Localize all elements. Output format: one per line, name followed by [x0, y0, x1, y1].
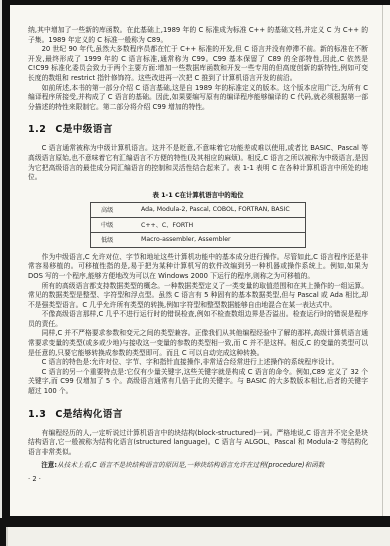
- note-paragraph: 注意:从技术上看,C 语言不是块结构语言的原因是,一种块结构语言允许在过程(pr…: [28, 461, 368, 471]
- paragraph: 同样,C 并不严格要求参数和变元之间的类型兼容。正像我们从其他编程经验中了解的那…: [28, 329, 368, 358]
- section-title: C是结构化语言: [55, 409, 122, 420]
- section-number: 1.3: [28, 409, 46, 420]
- paragraph-continuation: 纳,其中增加了一些新的库函数。在此基础上,1989 年的 C 标准成为标准 C+…: [28, 26, 368, 45]
- section-title: C是中级语言: [55, 124, 112, 135]
- table-cell-languages: Macro-assembler, Assembler: [137, 232, 306, 247]
- section-heading-1-2: 1.2C是中级语言: [28, 121, 368, 135]
- note-label: 注意:: [41, 461, 57, 469]
- table-cell-languages: Ada, Modula-2, Pascal, COBOL, FORTRAN, B…: [137, 202, 306, 217]
- page-number: · 2 ·: [28, 475, 368, 483]
- book-page: 纳,其中增加了一些新的库函数。在此基础上,1989 年的 C 标准成为标准 C+…: [10, 5, 390, 516]
- table-caption: 表 1-1 C在计算机语言中的地位: [28, 190, 368, 199]
- table-row: 中级 C++、C、FORTH: [91, 217, 306, 232]
- next-page-edge: [6, 527, 390, 546]
- table-row: 低级 Macro-assembler, Assembler: [91, 232, 306, 247]
- note-text: 从技术上看,C 语言不是块结构语言的原因是,一种块结构语言允许在过程(proce…: [57, 461, 324, 469]
- paragraph: 如前所述,本书的第一部分介绍 C 语言基础,这是自 1989 年的标准定义的版本…: [28, 84, 368, 113]
- paragraph: 有编程经历的人,一定听说过计算机语言中的块结构(block-structured…: [28, 429, 368, 458]
- table-cell-level: 低级: [91, 232, 138, 247]
- scan-edge-strip: [0, 0, 2, 518]
- paragraph: C 语言的另一个重要特点是:它仅有少量关键字,这些关键字就是构成 C 语言的命令…: [28, 368, 368, 397]
- table-cell-level: 中级: [91, 217, 138, 232]
- table-cell-languages: C++、C、FORTH: [137, 217, 306, 232]
- paragraph: 所有的高级语言都支持数据类型的概念。一种数据类型定义了一类变量的取值范围和在其上…: [28, 282, 368, 311]
- paragraph: 作为中级语言,C 允许对位、字节和地址这些计算机功能中的基本成分进行操作。尽管如…: [28, 253, 368, 282]
- table-cell-level: 高级: [91, 202, 138, 217]
- paragraph: 不像高级语言那样,C 几乎不进行运行时的错误检查,例如不检查数组边界是否溢出。检…: [28, 310, 368, 329]
- section-number: 1.2: [28, 124, 46, 135]
- paragraph: 20 世纪 90 年代,虽然大多数程序员都在忙于 C++ 标准的开发,但 C 语…: [28, 45, 368, 83]
- paragraph: C 语言通常被称为中级计算机语言。这并不是贬意,不意味着它功能差或难以使用,或者…: [28, 144, 368, 182]
- table-row: 高级 Ada, Modula-2, Pascal, COBOL, FORTRAN…: [91, 202, 306, 217]
- table-language-levels: 高级 Ada, Modula-2, Pascal, COBOL, FORTRAN…: [90, 202, 306, 248]
- paragraph: C 语言的特色是:允许对位、字节、字和指针直接操作,非常适合经常进行上述操作的系…: [28, 358, 368, 368]
- section-heading-1-3: 1.3C是结构化语言: [28, 406, 368, 420]
